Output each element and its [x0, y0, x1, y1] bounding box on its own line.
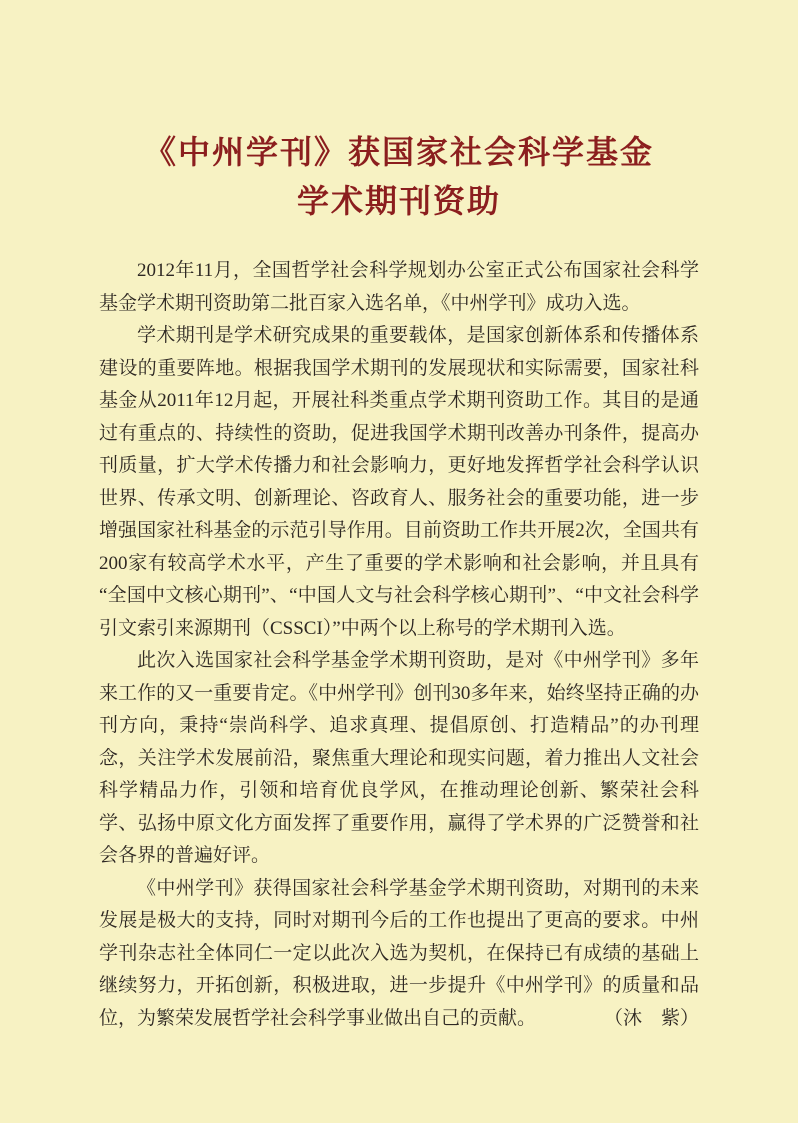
article-body: 2012年11月，全国哲学社会科学规划办公室正式公布国家社会科学基金学术期刊资助…	[99, 255, 699, 1035]
paragraph-intro: 2012年11月，全国哲学社会科学规划办公室正式公布国家社会科学基金学术期刊资助…	[99, 255, 699, 320]
article-title: 《中州学刊》获国家社会科学基金 学术期刊资助	[0, 128, 798, 226]
article-title-line-2: 学术期刊资助	[0, 177, 798, 226]
paragraph-journal-history: 此次入选国家社会科学基金学术期刊资助，是对《中州学刊》多年来工作的又一重要肯定。…	[99, 645, 699, 873]
article-title-line-1: 《中州学刊》获国家社会科学基金	[0, 128, 798, 177]
paragraph-background: 学术期刊是学术研究成果的重要载体，是国家创新体系和传播体系建设的重要阵地。根据我…	[99, 320, 699, 645]
journal-page: 《中州学刊》获国家社会科学基金 学术期刊资助 2012年11月，全国哲学社会科学…	[0, 0, 798, 1123]
